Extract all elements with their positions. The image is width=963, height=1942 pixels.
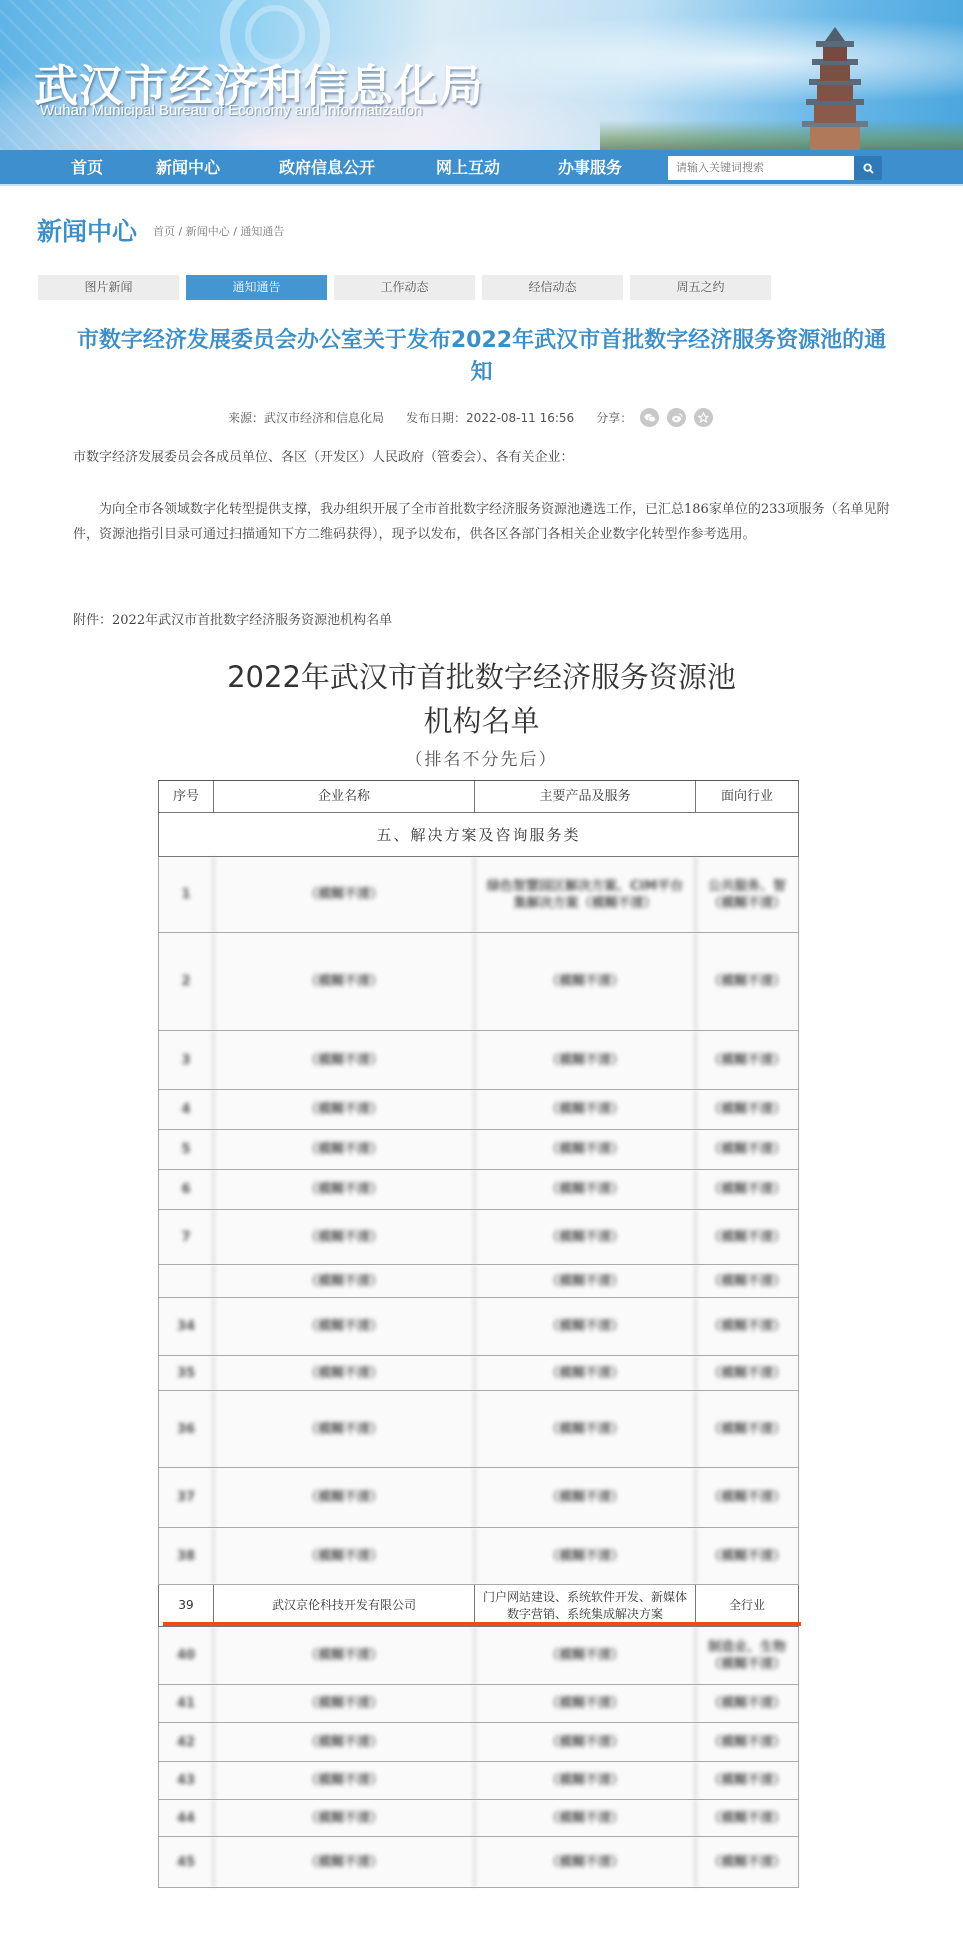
cell-no: 35 (159, 1356, 214, 1390)
cell-service: （模糊不清） (475, 1723, 696, 1761)
table-row: 36 （模糊不清） （模糊不清） （模糊不清） (158, 1391, 799, 1468)
cell-industry: （模糊不清） (696, 1031, 798, 1089)
cell-company: （模糊不清） (214, 1723, 475, 1761)
cell-industry: （模糊不清） (696, 1298, 798, 1355)
header-industry: 面向行业 (696, 781, 798, 812)
cell-no: 38 (159, 1528, 214, 1584)
breadcrumb-notices[interactable]: 通知通告 (240, 225, 284, 238)
breadcrumb-separator: / (175, 225, 186, 238)
cell-company: （模糊不清） (214, 1265, 475, 1297)
cell-industry: （模糊不清） (696, 1130, 798, 1169)
header-no: 序号 (159, 781, 214, 812)
cell-service: （模糊不清） (475, 1210, 696, 1264)
table-section-row: 五、解决方案及咨询服务类 (158, 813, 799, 857)
main-nav: 首页 新闻中心 政府信息公开 网上互动 办事服务 (0, 150, 963, 186)
source-value: 武汉市经济和信息化局 (264, 409, 384, 426)
cell-company: （模糊不清） (214, 1468, 475, 1527)
cell-service: （模糊不清） (475, 1627, 696, 1684)
source-label: 来源： (228, 409, 264, 426)
cell-service: 门户网站建设、系统软件开发、新媒体数字营销、系统集成解决方案 (475, 1585, 696, 1626)
cell-no (159, 1265, 214, 1297)
cell-no: 34 (159, 1298, 214, 1355)
site-subtitle: Wuhan Municipal Bureau of Economy and In… (40, 102, 422, 119)
table-row: 3 （模糊不清） （模糊不清） （模糊不清） (158, 1031, 799, 1090)
cell-service: （模糊不清） (475, 1685, 696, 1722)
search-input[interactable] (668, 156, 854, 180)
share-label: 分享： (596, 409, 632, 426)
table-row: 35 （模糊不清） （模糊不清） （模糊不清） (158, 1356, 799, 1391)
cell-service: （模糊不清） (475, 1298, 696, 1355)
nav-item-news-center[interactable]: 新闻中心 (156, 150, 220, 186)
cell-company: 武汉京伦科技开发有限公司 (214, 1585, 475, 1626)
cell-no: 42 (159, 1723, 214, 1761)
tab-notices[interactable]: 通知通告 (186, 275, 327, 300)
yellow-crane-tower-icon (790, 25, 880, 150)
cell-service: （模糊不清） (475, 1090, 696, 1129)
table-row: 1 （模糊不清） 绿色智慧园区解决方案、CIM平台集解决方案（模糊不清） 公共服… (158, 857, 799, 933)
cell-industry: （模糊不清） (696, 1762, 798, 1799)
breadcrumb: 首页 / 新闻中心 / 通知通告 (153, 223, 284, 239)
nav-item-services[interactable]: 办事服务 (558, 150, 622, 186)
cell-no: 39 (159, 1585, 214, 1626)
table-row: 42 （模糊不清） （模糊不清） （模糊不清） (158, 1723, 799, 1762)
cell-no: 40 (159, 1627, 214, 1684)
cell-no: 44 (159, 1800, 214, 1836)
cell-service: （模糊不清） (475, 1356, 696, 1390)
table-row: 40 （模糊不清） （模糊不清） 制造业、生物（模糊不清） (158, 1627, 799, 1685)
article-body: 为向全市各领域数字化转型提供支撑，我办组织开展了全市首批数字经济服务资源池遴选工… (73, 497, 893, 547)
cell-company: （模糊不清） (214, 1391, 475, 1467)
cell-company: （模糊不清） (214, 857, 475, 932)
cell-industry: 制造业、生物（模糊不清） (696, 1627, 798, 1684)
cell-industry: （模糊不清） (696, 1391, 798, 1467)
cell-no: 3 (159, 1031, 214, 1089)
document-title: 2022年武汉市首批数字经济服务资源池 机构名单 (140, 655, 823, 743)
date-label: 发布日期： (406, 409, 466, 426)
cell-industry: （模糊不清） (696, 1685, 798, 1722)
table-row: 41 （模糊不清） （模糊不清） （模糊不清） (158, 1685, 799, 1723)
cell-company: （模糊不清） (214, 1800, 475, 1836)
table-row: 6 （模糊不清） （模糊不清） （模糊不清） (158, 1170, 799, 1210)
table-row: 37 （模糊不清） （模糊不清） （模糊不清） (158, 1468, 799, 1528)
cell-company: （模糊不清） (214, 1090, 475, 1129)
cell-industry: 公共服务、智（模糊不清） (696, 857, 798, 932)
cell-industry: （模糊不清） (696, 1210, 798, 1264)
cell-industry: 全行业 (696, 1585, 798, 1626)
site-banner: 武汉市经济和信息化局 Wuhan Municipal Bureau of Eco… (0, 0, 963, 150)
table-row-highlighted: 39 武汉京伦科技开发有限公司 门户网站建设、系统软件开发、新媒体数字营销、系统… (158, 1585, 799, 1627)
cell-no: 2 (159, 933, 214, 1030)
breadcrumb-separator: / (230, 225, 241, 238)
cell-service: （模糊不清） (475, 1800, 696, 1836)
tab-work-updates[interactable]: 工作动态 (334, 275, 475, 300)
highlight-underline (163, 1622, 801, 1626)
weibo-icon[interactable] (667, 408, 686, 427)
cell-service: （模糊不清） (475, 1762, 696, 1799)
table-row: 4 （模糊不清） （模糊不清） （模糊不清） (158, 1090, 799, 1130)
document-title-line1: 2022年武汉市首批数字经济服务资源池 (140, 655, 823, 699)
table-row: 43 （模糊不清） （模糊不清） （模糊不清） (158, 1762, 799, 1800)
cell-industry: （模糊不清） (696, 1090, 798, 1129)
cell-no: 6 (159, 1170, 214, 1209)
cell-industry: （模糊不清） (696, 1356, 798, 1390)
cell-industry: （模糊不清） (696, 1468, 798, 1527)
section-label: 五、解决方案及咨询服务类 (159, 813, 798, 856)
table-row: 38 （模糊不清） （模糊不清） （模糊不清） (158, 1528, 799, 1585)
cell-company: （模糊不清） (214, 1298, 475, 1355)
nav-item-interaction[interactable]: 网上互动 (436, 150, 500, 186)
nav-item-home[interactable]: 首页 (71, 150, 103, 186)
cell-service: （模糊不清） (475, 1468, 696, 1527)
cell-no: 43 (159, 1762, 214, 1799)
cell-company: （模糊不清） (214, 1528, 475, 1584)
nav-item-gov-info[interactable]: 政府信息公开 (279, 150, 375, 186)
cell-no: 36 (159, 1391, 214, 1467)
cell-no: 41 (159, 1685, 214, 1722)
cell-industry: （模糊不清） (696, 1723, 798, 1761)
cell-service: （模糊不清） (475, 1528, 696, 1584)
tab-picture-news[interactable]: 图片新闻 (38, 275, 179, 300)
section-title: 新闻中心 (37, 212, 137, 248)
cell-service: （模糊不清） (475, 933, 696, 1030)
cell-no: 4 (159, 1090, 214, 1129)
cell-service: 绿色智慧园区解决方案、CIM平台集解决方案（模糊不清） (475, 857, 696, 932)
cell-no: 1 (159, 857, 214, 932)
date-value: 2022-08-11 16:56 (466, 411, 574, 425)
table-row: 2 （模糊不清） （模糊不清） （模糊不清） (158, 933, 799, 1031)
table-header-row: 序号 企业名称 主要产品及服务 面向行业 (158, 780, 799, 813)
cell-company: （模糊不清） (214, 1130, 475, 1169)
cell-industry: （模糊不清） (696, 1170, 798, 1209)
cell-company: （模糊不清） (214, 1210, 475, 1264)
cell-service: （模糊不清） (475, 1837, 696, 1887)
favorite-icon[interactable] (694, 408, 713, 427)
search-icon (863, 163, 874, 174)
cell-company: （模糊不清） (214, 933, 475, 1030)
cell-industry: （模糊不清） (696, 1265, 798, 1297)
table-row: 7 （模糊不清） （模糊不清） （模糊不清） (158, 1210, 799, 1265)
header-company: 企业名称 (214, 781, 475, 812)
cell-service: （模糊不清） (475, 1130, 696, 1169)
cell-industry: （模糊不清） (696, 1837, 798, 1887)
cell-no: 5 (159, 1130, 214, 1169)
cell-industry: （模糊不清） (696, 1800, 798, 1836)
header-service: 主要产品及服务 (475, 781, 696, 812)
breadcrumb-news-center[interactable]: 新闻中心 (186, 225, 230, 238)
table-row: 34 （模糊不清） （模糊不清） （模糊不清） (158, 1298, 799, 1356)
cell-company: （模糊不清） (214, 1627, 475, 1684)
cell-company: （模糊不清） (214, 1031, 475, 1089)
table-row: 44 （模糊不清） （模糊不清） （模糊不清） (158, 1800, 799, 1837)
cell-service: （模糊不清） (475, 1265, 696, 1297)
salutation: 市数字经济发展委员会各成员单位、各区（开发区）人民政府（管委会）、各有关企业： (73, 445, 893, 470)
breadcrumb-home[interactable]: 首页 (153, 225, 175, 238)
article-meta: 来源： 武汉市经济和信息化局 发布日期： 2022-08-11 16:56 分享… (228, 408, 713, 427)
table-row: 45 （模糊不清） （模糊不清） （模糊不清） (158, 1837, 799, 1888)
cell-company: （模糊不清） (214, 1685, 475, 1722)
trees-decoration (600, 120, 963, 150)
cell-company: （模糊不清） (214, 1356, 475, 1390)
article-title: 市数字经济发展委员会办公室关于发布2022年武汉市首批数字经济服务资源池的通知 (70, 325, 893, 389)
tab-friday-talk[interactable]: 周五之约 (630, 275, 771, 300)
attachment-link[interactable]: 附件：2022年武汉市首批数字经济服务资源池机构名单 (73, 608, 893, 633)
cell-industry: （模糊不清） (696, 933, 798, 1030)
table-row: （模糊不清） （模糊不清） （模糊不清） (158, 1265, 799, 1298)
cell-company: （模糊不清） (214, 1170, 475, 1209)
cell-service: （模糊不清） (475, 1170, 696, 1209)
wechat-icon[interactable] (640, 408, 659, 427)
cell-service: （模糊不清） (475, 1391, 696, 1467)
cell-company: （模糊不清） (214, 1762, 475, 1799)
tab-econ-info-updates[interactable]: 经信动态 (482, 275, 623, 300)
cell-industry: （模糊不清） (696, 1528, 798, 1584)
cell-no: 45 (159, 1837, 214, 1887)
document-subtitle: （排名不分先后） (140, 745, 823, 770)
document-title-line2: 机构名单 (140, 699, 823, 743)
cell-company: （模糊不清） (214, 1837, 475, 1887)
cell-no: 37 (159, 1468, 214, 1527)
cell-service: （模糊不清） (475, 1031, 696, 1089)
search-button[interactable] (854, 156, 882, 180)
table-row: 5 （模糊不清） （模糊不清） （模糊不清） (158, 1130, 799, 1170)
cell-no: 7 (159, 1210, 214, 1264)
